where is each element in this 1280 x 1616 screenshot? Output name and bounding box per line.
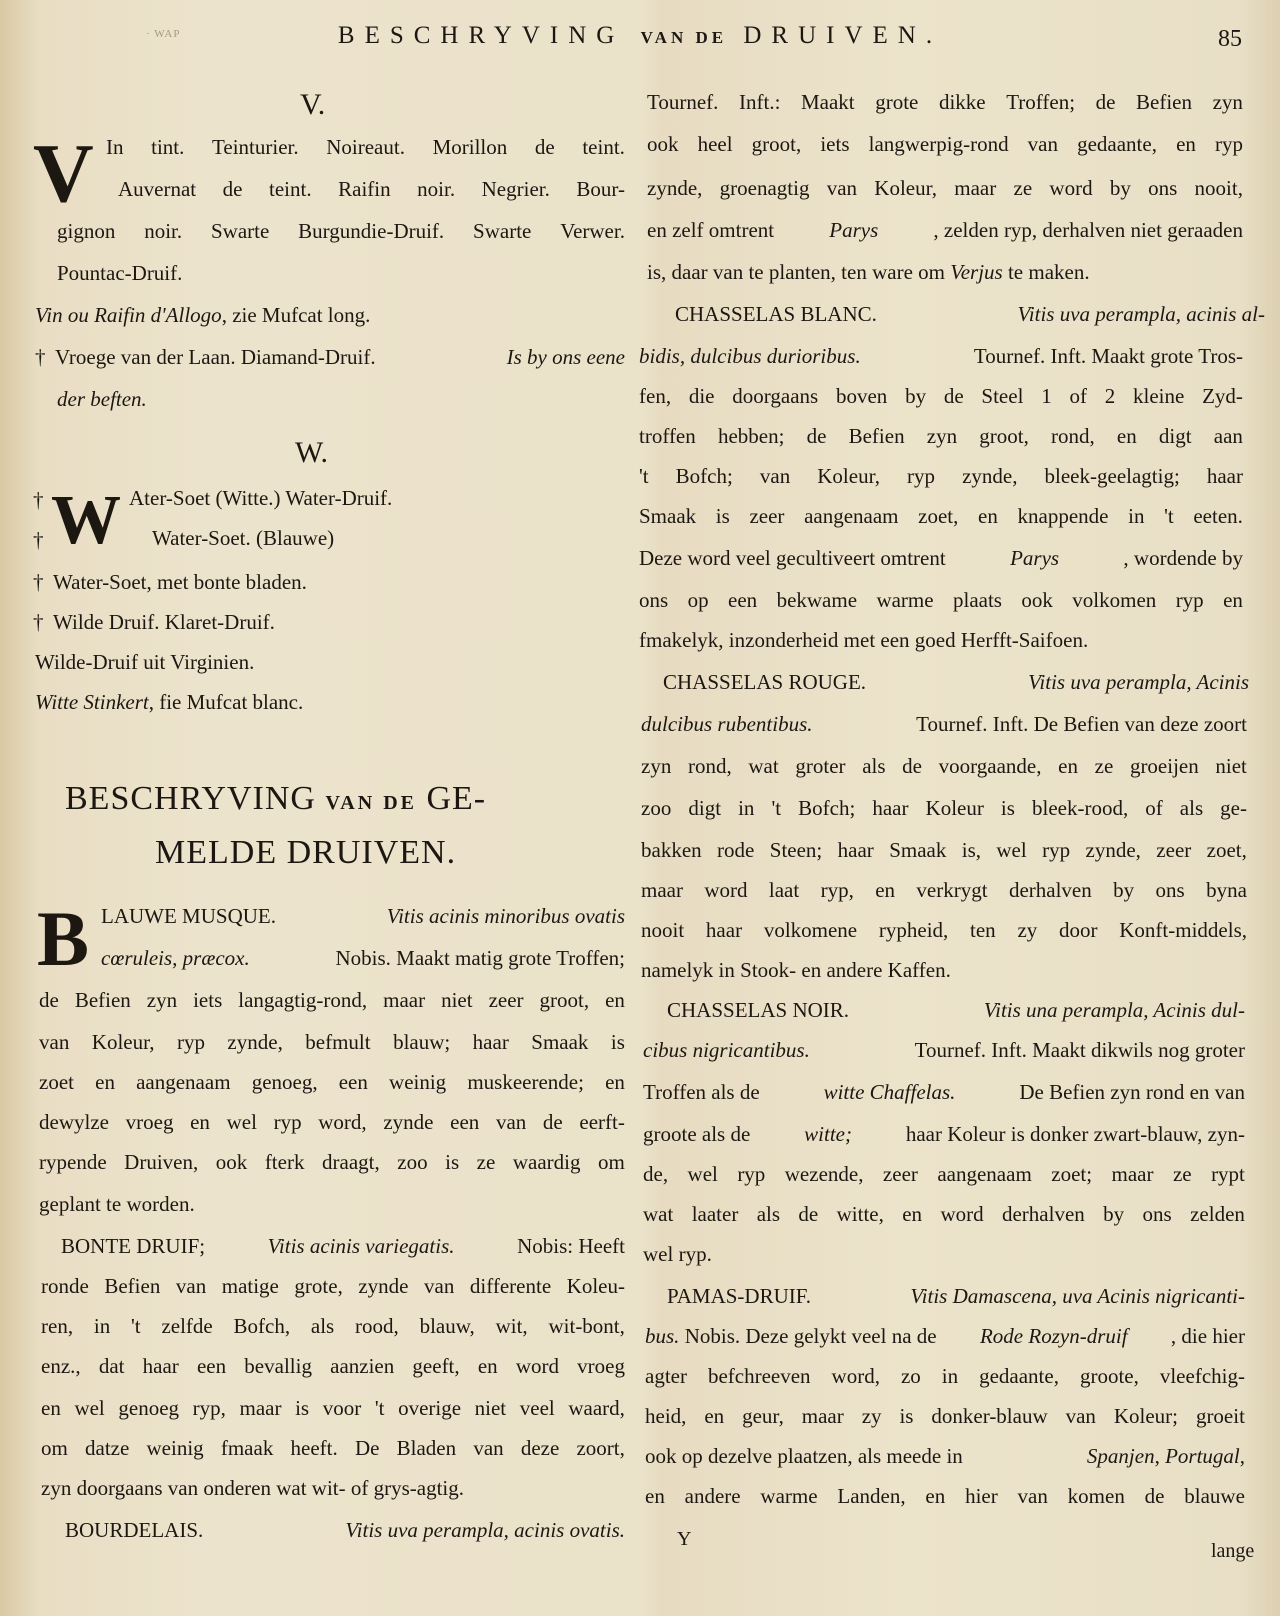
entry-name: CHASSELAS ROUGE. — [663, 672, 866, 693]
text-line: zyn doorgaans van onderen wat wit- of gr… — [41, 1478, 464, 1499]
text-line: rondeBefienvanmatigegrote,zyndevandiffer… — [41, 1276, 625, 1297]
dagger-mark: † — [33, 530, 44, 551]
text-line: der beften. — [57, 389, 147, 410]
text-line: Auvernatdeteint.Raifinnoir.Negrier.Bour- — [118, 179, 625, 200]
text-line: zoetenaangenaamgenoeg,eenweinigmuskeeren… — [39, 1072, 625, 1093]
text-line: onsopeenbekwamewarmeplaatsookvolkomenryp… — [639, 590, 1243, 611]
text-line: Troffen als de witte Chaffelas. De Befie… — [643, 1082, 1245, 1103]
text-line: omdatzeweinigfmaakheeft.DeBladenvandezez… — [41, 1438, 625, 1459]
text-line: nooithaarvolkomenerypheid,tenzydoorKonft… — [641, 920, 1247, 941]
entry-bourdelais: BOURDELAIS. Vitis uva perampla, acinis o… — [65, 1520, 625, 1541]
running-head-part2: VAN DE — [641, 28, 728, 47]
text-line: ookheelgroot,ietslangwerpig-rondvangedaa… — [647, 134, 1243, 155]
running-head: BESCHRYVING VAN DE DRUIVEN. — [0, 22, 1280, 50]
text-line: dulcibus rubentibus. Tournef. Inft. De B… — [641, 714, 1247, 735]
entry-pamas-druif: PAMAS-DRUIF. Vitis Damascena, uva Acinis… — [667, 1286, 1245, 1307]
text-line: wel ryp. — [643, 1244, 712, 1265]
dropcap-w: W — [51, 486, 121, 556]
entry-name: CHASSELAS NOIR. — [667, 1000, 849, 1021]
text-line: bus. Nobis. Deze gelykt veel na de Rode … — [645, 1326, 1245, 1347]
running-head-part1: BESCHRYVING — [338, 22, 624, 49]
text-line: Deze word veel gecultiveert omtrent Pary… — [639, 548, 1243, 569]
entry-name-italic: Vin ou Raifin d'Allogo — [35, 303, 222, 327]
entry-name: LAUWE MUSQUE. — [101, 906, 276, 927]
entry-blauwe-musque: LAUWE MUSQUE. Vitis acinis minoribus ova… — [101, 906, 625, 927]
chapter-title-line1: BESCHRYVING VAN DE GE- — [65, 780, 486, 818]
signature-mark: Y — [677, 1528, 691, 1551]
entry-chasselas-rouge: CHASSELAS ROUGE. Vitis uva perampla, Aci… — [663, 672, 1249, 693]
text-line: Intint.Teinturier.Noireaut.Morillondetei… — [106, 137, 625, 158]
dropcap-v: V — [33, 132, 94, 216]
text-line: Pountac-Druif. — [57, 263, 182, 284]
text-line: 'tBofch;vanKoleur,rypzynde,bleek-geelagt… — [639, 466, 1243, 487]
entry-name: PAMAS-DRUIF. — [667, 1286, 811, 1307]
dagger-mark: † — [33, 490, 44, 511]
section-heading-w: W. — [295, 436, 328, 470]
dropcap-b: B — [37, 900, 89, 978]
entry-name: BONTE DRUIF; — [61, 1236, 205, 1257]
text-line: enanderewarmeLanden,enhiervankomendeblau… — [645, 1486, 1245, 1507]
text-line: agterbefchreevenword,zoingedaante,groote… — [645, 1366, 1245, 1387]
text-line: †Wilde Druif. Klaret-Druif. — [33, 612, 275, 633]
text-line: enwelgenoegryp,maarisvoor'toverigenietve… — [41, 1398, 625, 1419]
text-line: is, daar van te planten, ten ware om Ver… — [647, 262, 1090, 283]
dagger-mark: † — [35, 347, 55, 368]
text-line: gignonnoir.SwarteBurgundie-Druif.SwarteV… — [57, 221, 625, 242]
text-line: enz.,dathaareenbevalligaanziengeeft,enwo… — [41, 1356, 625, 1377]
text-line: zynrond,watgroteralsdevoorgaande,enzegro… — [641, 756, 1247, 777]
text-line: zynde,groenagtigvanKoleur,maarzewordbyon… — [647, 178, 1243, 199]
text-line: zoodigtin'tBofch;haarKoleurisbleek-rood,… — [641, 798, 1247, 819]
text-line: ook op dezelve plaatzen, als meede in Sp… — [645, 1446, 1245, 1467]
text-line: bidis, dulcibus durioribus. Tournef. Inf… — [639, 346, 1243, 367]
catchword: lange — [1211, 1540, 1254, 1563]
entry-vroege: †Vroege van der Laan. Diamand-Druif. Is … — [35, 347, 625, 368]
book-page: · WAP BESCHRYVING VAN DE DRUIVEN. 85 V. … — [0, 0, 1280, 1616]
text-line: geplant te worden. — [39, 1194, 195, 1215]
section-heading-v: V. — [300, 88, 325, 122]
text-line: deBefienzynietslangagtig-rond,maarnietze… — [39, 990, 625, 1011]
text-line: watlaateralsdewitte,enwordderhalvenbyons… — [643, 1204, 1245, 1225]
text-line: bakkenrodeSteen;haarSmaakis,welrypzynde,… — [641, 840, 1247, 861]
entry-name: BOURDELAIS. — [65, 1520, 203, 1541]
text-line: troffenhebben;deBefienzyngroot,rond,endi… — [639, 426, 1243, 447]
page-number: 85 — [1218, 26, 1242, 53]
text-line: heid,engeur,maarzyisdonker-blauwvanKoleu… — [645, 1406, 1245, 1427]
text-line: vanKoleur,rypzynde,befmultblauw;haarSmaa… — [39, 1032, 625, 1053]
text-line: namelyk in Stook- en andere Kaffen. — [641, 960, 951, 981]
chapter-title-line2: MELDE DRUIVEN. — [155, 834, 456, 872]
text-line: rypendeDruiven,ookfterkdraagt,zooiszewaa… — [39, 1152, 625, 1173]
text-line: dewylzevroegenwelrypword,zyndeeenvandeee… — [39, 1112, 625, 1133]
text-line: fmakelyk, inzonderheid met een goed Herf… — [639, 630, 1088, 651]
running-head-part3: DRUIVEN. — [743, 22, 942, 49]
text-line: Witte Stinkert, fie Mufcat blanc. — [35, 692, 303, 713]
dagger-mark: † — [33, 612, 53, 633]
text-line: cœruleis, præcox. Nobis. Maakt matig gro… — [101, 948, 625, 969]
text-line: Ater-Soet (Witte.) Water-Druif. — [129, 488, 392, 509]
entry-chasselas-noir: CHASSELAS NOIR. Vitis una perampla, Acin… — [667, 1000, 1245, 1021]
entry-name: CHASSELAS BLANC. — [675, 304, 877, 325]
entry-bonte-druif: BONTE DRUIF; Vitis acinis variegatis. No… — [61, 1236, 625, 1257]
text-line: fen,diedoorgaansbovenbydeSteel1of2kleine… — [639, 386, 1243, 407]
text-line: Wilde-Druif uit Virginien. — [35, 652, 254, 673]
text-line: Tournef.Inft.:MaaktgrotedikkeTroffen;deB… — [647, 92, 1243, 113]
text-line: en zelf omtrent Parys , zelden ryp, derh… — [647, 220, 1243, 241]
entry-chasselas-blanc: CHASSELAS BLANC. Vitis uva perampla, aci… — [675, 304, 1265, 325]
text-line: †Water-Soet, met bonte bladen. — [33, 572, 307, 593]
text-line: maarwordlaatryp,enverkrygtderhalvenbyons… — [641, 880, 1247, 901]
dagger-mark: † — [33, 572, 53, 593]
text-line: de,welrypwezende,zeeraangenaamzoet;maarz… — [643, 1164, 1245, 1185]
text-line: groote als de witte; haar Koleur is donk… — [643, 1124, 1245, 1145]
text-line: Water-Soet. (Blauwe) — [152, 528, 334, 549]
entry-vin-ou-raifin: Vin ou Raifin d'Allogo, zie Mufcat long. — [35, 305, 370, 326]
text-line: Smaakiszeeraangenaamzoet,enknappendein't… — [639, 506, 1243, 527]
text-line: cibus nigricantibus. Tournef. Inft. Maak… — [643, 1040, 1245, 1061]
text-line: ren,in'tzelfdeBofch,alsrood,blauw,wit,wi… — [41, 1316, 625, 1337]
